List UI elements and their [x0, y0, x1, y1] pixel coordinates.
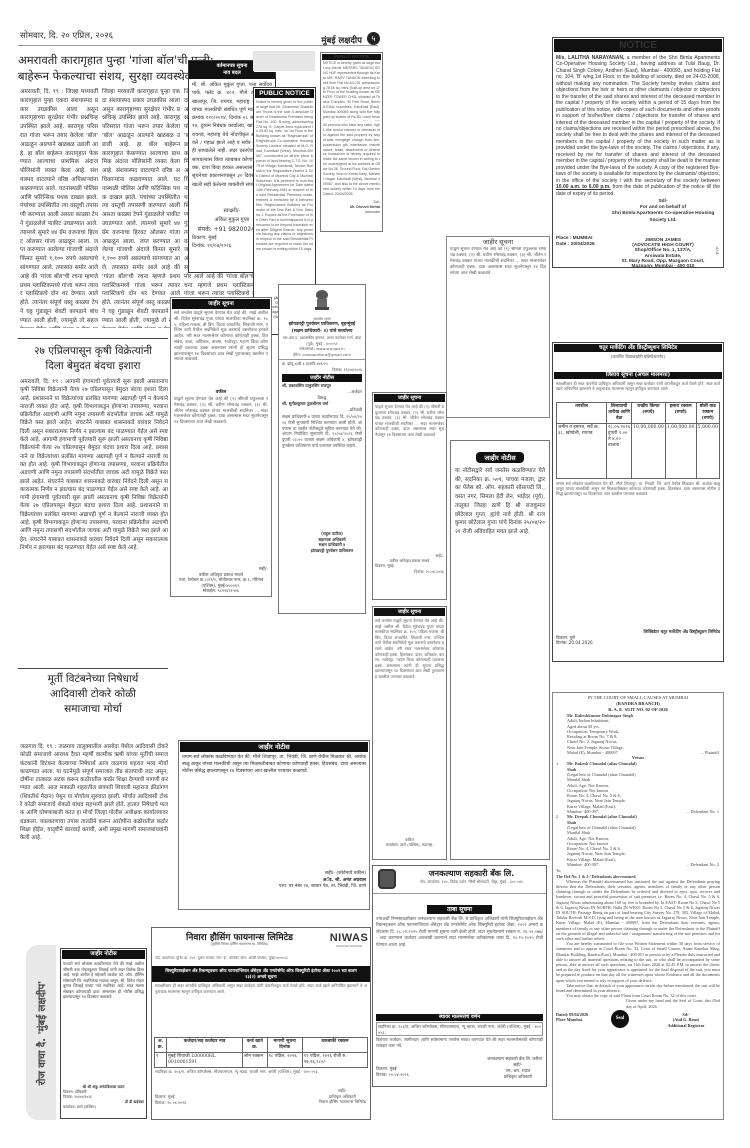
notice-title-bar: जाहीर सूचना [374, 394, 445, 402]
auction-sub: (कार्पोरेट दिवाळखोरी प्रक्रियेअंतर्गत) [553, 353, 723, 371]
jahir-notice-box: जाहीर नोटीस याव्दारे सर्व लोकांस कळविण्य… [60, 948, 147, 1119]
notice-signature: Sd/- Mr. Dhruvil Mehta Advocate [321, 197, 382, 215]
article-tokre-body: जळगाव दि. १९ : जळगाव तालुक्यातील आसोदा य… [20, 743, 168, 933]
property-desc: सदनिका क्र. १०३/ए, अजित कॉम्प्लेक्स, सीए… [376, 1022, 543, 1036]
bank-header: जनकल्याण सहकारी बँक लि. नोंद. कार्यालय: … [373, 866, 546, 894]
notice-body: M/s. LALITHA NARAYANAN, a member of the … [553, 53, 723, 199]
notice-body: NOTICE is hereby given at large that my … [321, 61, 382, 121]
niwas-header: निवारा हौसिंग फायनान्स लिमिटेड (पूर्वीची… [152, 928, 370, 956]
defendant-2-block: 2. Mr. Deepak Chunalal (alias Chunalal) … [553, 814, 723, 867]
dateline: जळगाव दि. १९ : [20, 744, 56, 750]
grey-ad-main [253, 51, 315, 71]
notice-sig: सही/- वकील अधिकृत प्रकाश माधवे पत्ता: रे… [171, 566, 271, 594]
divider [18, 338, 168, 339]
company-sub: (पूर्वीची निवारा होमिंग फायनान्स प्रा. ल… [172, 942, 307, 947]
table-row: १ मुंबई शिवाजी L00000HL 0010001591 लोन र… [155, 1053, 368, 1068]
notice-body-2: याद्वारे सूचना देण्यात येत आहे की (१) श्… [171, 396, 271, 566]
notice-footer: जनकल्याण सहकारी बँक लि. करिता ठिकाण: मुं… [373, 1056, 546, 1086]
niwas-housing-notice: निवारा हौसिंग फायनान्स लिमिटेड (पूर्वीची… [151, 927, 371, 1120]
notice-lalitha: NOTICE M/s. LALITHA NARAYANAN, a member … [552, 37, 724, 268]
auction-table: तपशील लिलावाची तारीख आणि वेळ राखीव किंमत… [556, 402, 720, 479]
article-body-cont: जिल्हा मध्यवर्ती कारागृहात पुन्हा एकदा स… [102, 89, 180, 328]
notice-signature: (राहुल पाटील) सहाय्यक अधिकारी सक्षम प्रा… [279, 531, 365, 553]
article-body: आगामी हंगामाची पूर्वतयारी सुरू झाली असता… [20, 379, 168, 443]
notice-title-bar: जाहीर नोटीस [180, 742, 368, 752]
headline-line2: आदिवासी टोकरे कोळी [18, 687, 168, 702]
auction-footer: लिक्विडेटर चतुर मार्केटिंग अँड डिस्ट्रीब… [553, 629, 723, 646]
article-ganja-body-col1: अमरावती, दि. १९ : जिल्हा मध्यवर्ती काराग… [20, 88, 98, 328]
ashoka-emblem-icon [312, 289, 332, 313]
plaintiff-block: Mr. Rakeshkumar Dubinagar Singh Adult, I… [553, 713, 723, 755]
notice-title-bar: जाहीर सूचना [374, 608, 445, 616]
divider [18, 668, 168, 669]
auction-section-title: लिलाव सूचना (अचल मालमत्ता) [554, 372, 722, 379]
notice-place-date: Place : MUMBAI Date : 20/04/2026 [556, 236, 595, 248]
table-header-row: तपशील लिलावाची तारीख आणि वेळ राखीव किंमत… [557, 403, 720, 424]
notice-title-bar: जाहीर सूचना [172, 299, 270, 309]
section-title: ताबा सूचना [427, 905, 492, 914]
notice-title: जाहीर सूचना [447, 237, 549, 247]
jahir-suchna-thakkar: जाहीर सूचना याद्वारे सूचना देण्यात येत आ… [446, 236, 550, 418]
notice-body: याद्वारे सूचना देण्यात येत आहे की (१) श्… [373, 403, 446, 553]
notice-body: Notice is hereby given to the public at … [254, 99, 315, 291]
notice-body: याव्दारे सर्व लोकांस कळविण्यात येते की म… [61, 960, 146, 1085]
paper-name-block: मुंबई लक्षदीप ५ [300, 28, 380, 42]
notice-title-bar: जाहीर नोटीस [282, 374, 362, 382]
public-notice-tandon: PUBLIC NOTICE NOTICE is hereby given at … [320, 52, 383, 232]
defendant-1-block: 1. Mr. Rakesh Chunalal (alias Chunalal) … [553, 761, 723, 814]
headline-line2: दिला बेमुदत बंदचा इशारा [18, 359, 168, 374]
notice-body: स्वाक्षरीकार ही सदर कंपनीचे प्राधिकृत अध… [152, 982, 370, 1037]
auction-title-bar: चतुर मार्केटिंग अँड डिस्ट्रीब्युशन लिमिट… [554, 344, 722, 352]
notice-sig: सही/- वकील अधिकृत प्रकाश माधवे ठिकाण: मु… [373, 553, 446, 574]
notice-sig: वकील कार्यालय: ठाणे (पश्चिम), महाराष्ट्र… [373, 837, 446, 847]
court-summons: IN THE COURT OF SMALL CAUSES AT MUMBAI (… [552, 692, 724, 1120]
advocate-block: JIMSON JAMES (ADVOCATE HIGH COURT) Shop/… [613, 238, 713, 268]
sra-notice: सत्यमेव जयते झोपडपट्टी पुनर्वसन प्राधिकर… [278, 284, 366, 614]
niwas-logo: NIWAS HOUSING FINANCE [328, 932, 370, 948]
jahir-notice-gupta: जाहीर नोटीस या नोटीसद्वारे सर्व जनतेस कळ… [450, 440, 550, 860]
notice-footer: ठिकाण: मुंबई दिनांक: २०.०४.२०२६ सही/- प्… [152, 1088, 370, 1112]
summons-body: To, The Def No. 1 & 2 / Defendants above… [553, 867, 723, 1009]
notice-body: याद्वारे सूचना देण्यात येत आहे की (१) श्… [447, 247, 549, 407]
page-number-badge: ५ [367, 32, 380, 45]
bank-address: नोंद. कार्यालय: १४०, विवेक दर्शन, सिंधी … [403, 879, 541, 884]
article-body: जळगाव तालुक्यातील आसोदा येथील आदिवासी टो… [20, 744, 168, 841]
side-tag: BYP [715, 246, 720, 254]
bank-name: जनकल्याण सहकारी बँक लि. [399, 868, 544, 879]
notice-body: सर्व जनतेस याद्वारे सूचना देण्यात येत आह… [373, 617, 446, 837]
table-header-row: अ. क्र. कर्जदार/सह कर्जदार नाव कर्ज खाते… [155, 1038, 368, 1053]
issue-date: सोमवार, दि. २० एप्रिल, २०२६ [20, 30, 113, 41]
org-address: एस.आर.ए. प्रशासकीय इमारत, अनंत काणेकर मा… [279, 335, 365, 357]
notice-body: सक्षम प्राधिकारी-४ यांच्या कार्यालयात दि… [279, 413, 365, 531]
jahir-notice-shirgaon: जाहीर नोटीस तमाम सर्व लोकांस कळविण्यात य… [178, 740, 370, 910]
company-address: नोंद. कार्यालय: युनिट क्र. २०१, दुसरा मज… [152, 956, 370, 966]
dateline: अमरावती, दि. १९ : [20, 379, 62, 385]
promo-text: रोज वाचा दै. 'मुंबई लक्षदीप' [34, 980, 48, 1084]
jahir-suchna-lower-mid: जाहीर सूचना सर्व जनतेस याद्वारे सूचना दे… [372, 606, 447, 860]
section-title: सिक्युरिटायझेशन अँड रिकन्स्ट्रक्शन ऑफ फा… [152, 966, 370, 982]
auction-notice: चतुर मार्केटिंग अँड डिस्ट्रीब्युशन लिमिट… [552, 342, 724, 662]
ref-line: क्र. झोपु-४/बी-१-ए/कवि-४४९/२५ दिनांक: १९… [279, 359, 365, 373]
notice-body: ज्याअर्थी निम्नस्वाक्षरीकार जनकल्याण सहक… [373, 915, 546, 1013]
notice-body: या नोटीसद्वारे सर्व जनतेस कळविण्यात येते… [451, 464, 549, 860]
article-krushi: २७ एप्रिलपासून कृषी विक्रेत्यांनी दिला ब… [18, 344, 168, 374]
paper-name: मुंबई लक्षदीप [321, 36, 361, 46]
notice-title-bar: जाहीर नोटीस [62, 950, 145, 959]
niwas-table: अ. क्र. कर्जदार/सह कर्जदार नाव कर्ज खाते… [154, 1037, 368, 1068]
notice-title: जाहीर नोटीस [476, 452, 523, 463]
notice-title-bar: PUBLIC NOTICE [255, 89, 314, 98]
notice-body: तमाम सर्व लोकांस कळविण्यात येत की, मौजे … [179, 753, 369, 871]
notice-body: सर्व जनतेस याद्वारे सूचना देण्यात येत आह… [171, 310, 271, 390]
summons-footer: Dated: 09/04/2026 Place Mumbai. Seal Sd/… [553, 1010, 723, 1038]
headline-line1: २७ एप्रिलपासून कृषी विक्रेत्यांनी [18, 344, 168, 359]
jahir-suchna-mid: जाहीर सूचना याद्वारे सूचना देण्यात येत आ… [372, 392, 447, 600]
article-tokre-koli: मूर्ती विटंबनेच्या निषेधार्थ आदिवासी टोक… [18, 672, 168, 717]
notice-for-behalf: Sd/- For and on behalf of Shri Bimla Apa… [553, 199, 723, 224]
headline-line3: समाजाचा मोर्चा [18, 702, 168, 717]
article-ganja-body-col2: जिल्हा मध्यवर्ती कारागृहात पुन्हा एकदा स… [102, 88, 180, 328]
org-name: झोपडपट्टी पुनर्वसन प्राधिकरण, बृहन्मुंबई… [279, 322, 365, 335]
property-desc: सदनिका क्र. १०३/ए, अजित कॉम्प्लेक्स, सीए… [152, 1068, 370, 1088]
article-body: जिल्हा मध्यवर्ती कारागृहात पुन्हा एकदा स… [20, 89, 98, 328]
jahir-suchna-col2: जाहीर सूचना सर्व जनतेस याद्वारे सूचना दे… [170, 297, 272, 597]
auction-intro: स्वाक्षरीकार ही सदर कंपनीचे प्राधिकृत अध… [553, 380, 723, 402]
niwas-logo-text: NIWAS [328, 932, 370, 944]
court-name: IN THE COURT OF SMALL CAUSES AT MUMBAI [553, 693, 723, 701]
notice-footer: श्री श्री अंकु अनंतविश्वास कदम ठिकाण: डो… [61, 1085, 146, 1110]
bank-logo-icon [378, 869, 396, 889]
notice-title-bar: PUBLIC NOTICE [322, 54, 381, 60]
janakalyan-bank-notice: जनकल्याण सहकारी बँक लि. नोंद. कार्यालय: … [372, 865, 547, 1087]
article-krushi-body: अमरावती, दि. १९ : आगामी हंगामाची पूर्वतय… [20, 378, 168, 660]
notice-title-wrap: जाहीर नोटीस [451, 441, 549, 464]
parties: श्री. प्रकाशसिंग ठाकुरसिंग राजपूत ...अर्… [279, 383, 365, 413]
promo-strip: रोज वाचा दै. 'मुंबई लक्षदीप' [26, 945, 56, 1120]
section-title-wrap: ताबा सूचना [373, 894, 546, 915]
warning-text: विशेषतः कर्जदार, जामीनदार आणि सर्वसामान्… [373, 1036, 546, 1056]
table-row: जमीन व इमारत, सर्वे क्र. ३८, खोपोली, राय… [557, 424, 720, 479]
property-title: स्थावर मालमत्तेचे वर्णन [376, 1014, 543, 1021]
auction-terms: तमाम सर्व लोकांस कळविण्यात येत की, मौजे … [553, 479, 723, 629]
headline-line1: मूर्ती विटंबनेच्या निषेधार्थ [18, 672, 168, 687]
dateline: अमरावती, दि. १९ : [20, 89, 63, 95]
notice-title-bar: NOTICE [554, 39, 722, 52]
seal-icon: Seal [611, 1010, 629, 1028]
notice-sig: सही/- (कोर्टमध्ये वकील) अॅड. श्री. अनंत … [179, 871, 369, 891]
emblem-icon: सत्यमेव जयते [279, 285, 365, 322]
notice-body-2: All persons who have any claim, right, t… [321, 121, 382, 191]
